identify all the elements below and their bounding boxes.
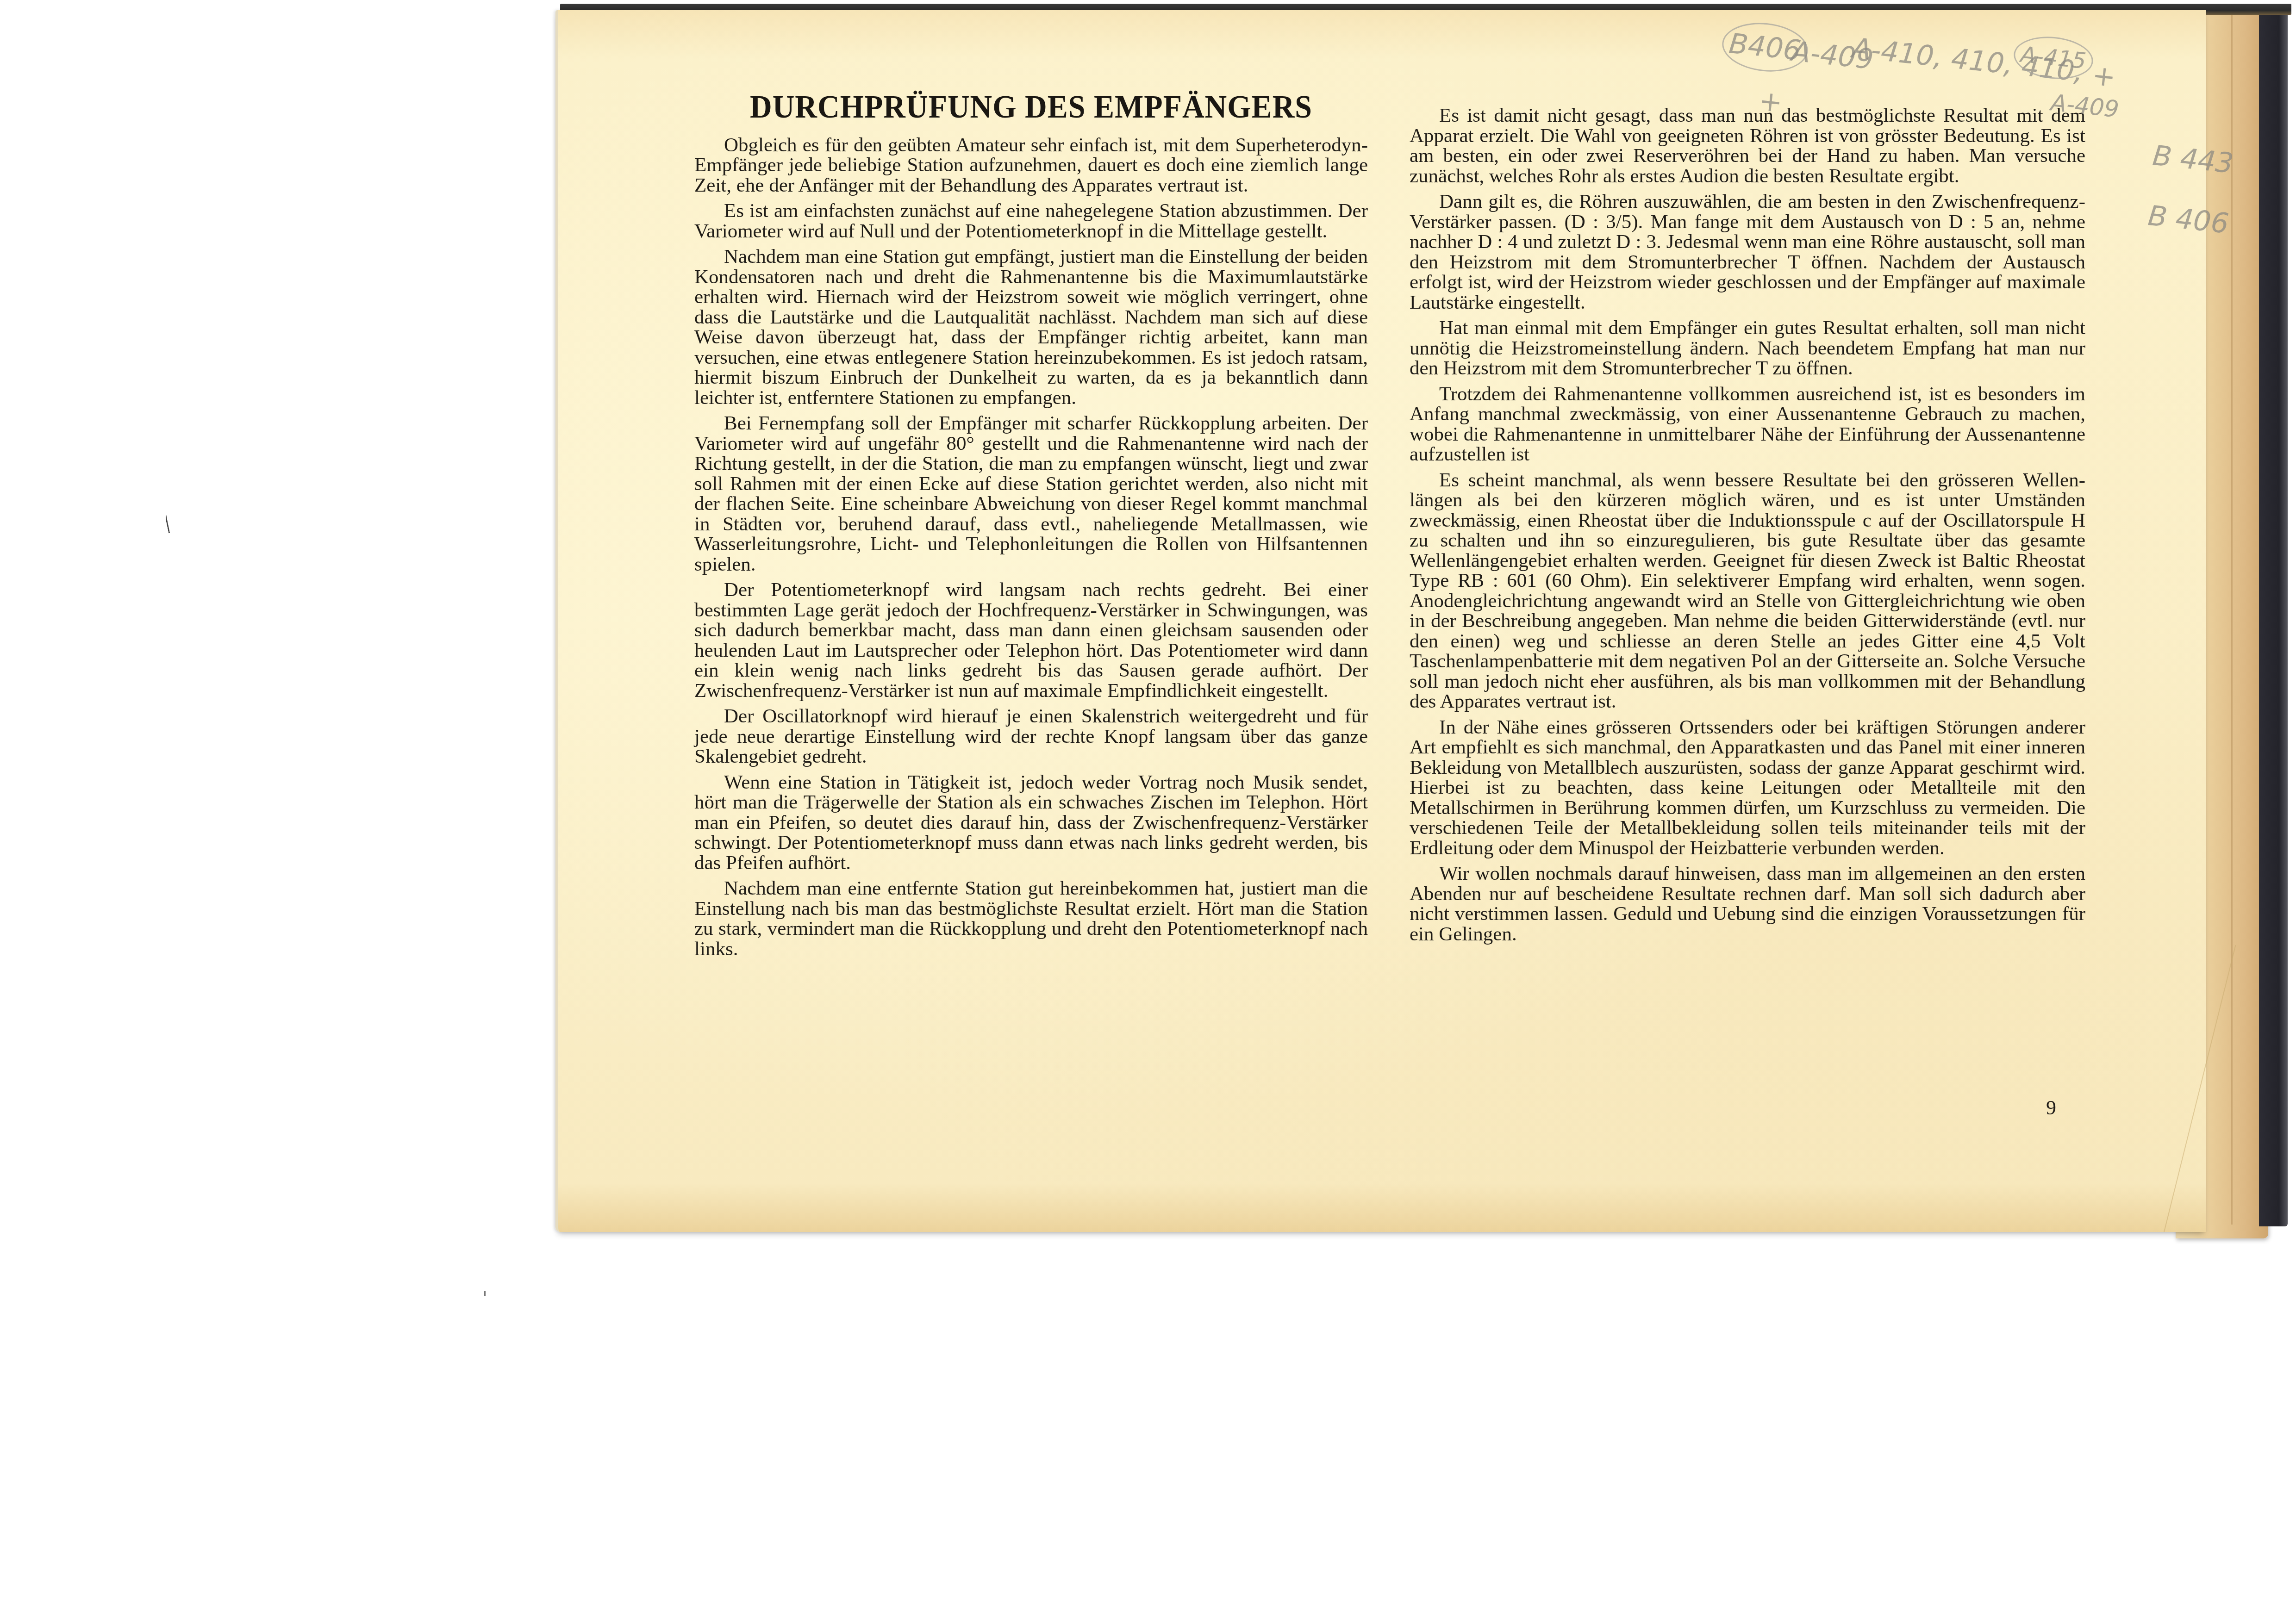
page-title: DURCHPRÜFUNG DES EMPFÄNGERS xyxy=(694,97,1368,118)
left-paragraph: Der Potentiometerknopf wird langsam nach… xyxy=(694,580,1368,701)
right-paragraph: Wir wollen nochmals darauf hinweisen, da… xyxy=(1410,864,2085,944)
right-paragraph: Es scheint manchmal, als wenn bessere Re… xyxy=(1410,470,2085,712)
right-paragraphs: Es ist damit nicht gesagt, dass man nun … xyxy=(1410,106,2085,944)
left-paragraph: Nachdem man eine Station gut empfängt, j… xyxy=(694,247,1368,408)
stray-pen-mark xyxy=(165,515,173,534)
right-paragraph: Es ist damit nicht gesagt, dass man nun … xyxy=(1410,106,2085,186)
left-column: DURCHPRÜFUNG DES EMPFÄNGERS Obgleich es … xyxy=(694,97,1368,964)
right-paragraph: In der Nähe eines grösseren Ortssenders … xyxy=(1410,717,2085,858)
stray-dot xyxy=(484,1291,486,1296)
right-column: Es ist damit nicht gesagt, dass man nun … xyxy=(1410,106,2085,950)
pencil-note-plus-lower: + xyxy=(1757,85,1784,119)
left-paragraph: Wenn eine Station in Tätigkeit ist, jedo… xyxy=(694,772,1368,873)
right-paragraph: Hat man einmal mit dem Empfänger ein gut… xyxy=(1410,318,2085,379)
left-paragraph: Der Oscillatorknopf wird hierauf je eine… xyxy=(694,706,1368,767)
left-paragraph: Nachdem man eine entfernte Station gut h… xyxy=(694,878,1368,959)
left-paragraphs: Obgleich es für den geübten Amateur sehr… xyxy=(694,135,1368,959)
pencil-note-plus: + xyxy=(2090,59,2117,94)
left-paragraph: Obgleich es für den geübten Amateur sehr… xyxy=(694,135,1368,196)
page-number: 9 xyxy=(2046,1096,2056,1119)
left-paragraph: Es ist am einfachsten zunächst auf eine … xyxy=(694,201,1368,241)
right-paragraph: Trotzdem dei Rahmenantenne vollkommen au… xyxy=(1410,384,2085,465)
right-paragraph: Dann gilt es, die Röhren auszuwählen, di… xyxy=(1410,192,2085,312)
book-cover-edge xyxy=(2259,5,2288,1226)
left-paragraph: Bei Fernempfang soll der Empfänger mit s… xyxy=(694,413,1368,574)
